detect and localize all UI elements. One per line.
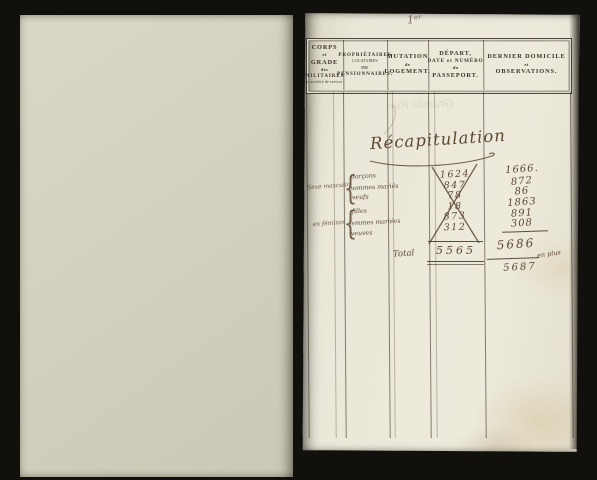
header-line: des: [321, 68, 328, 73]
header-line: MUTATION: [387, 54, 429, 60]
column-header-corps-grade: CORPS et GRADE des MILITAIRES en activit…: [307, 41, 342, 89]
header-line: et: [524, 63, 528, 68]
folio-number: 1ᵉʳ: [406, 13, 422, 26]
column-header-domicile: DERNIER DOMICILE et OBSERVATIONS.: [484, 41, 569, 89]
header-line: OBSERVATIONS.: [496, 69, 558, 75]
header-line: PROPRIÉTAIRES: [338, 53, 391, 58]
header-line: DATE et NUMÉRO: [427, 59, 483, 64]
total-passeport: 5565: [431, 245, 481, 256]
row-label: veuves: [351, 230, 373, 237]
column-header-proprietaires: PROPRIÉTAIRES LOCATAIRES OU PENSIONNAIRE…: [344, 41, 386, 89]
total-rule-bottom-2: [427, 264, 484, 265]
header-line: LOGEMENT.: [384, 69, 430, 75]
figure-passeport: 312: [431, 222, 479, 233]
header-line: DÉPART,: [439, 51, 472, 57]
row-label: veufs: [352, 195, 369, 202]
header-line: OU: [361, 66, 369, 71]
total-rule-top: [428, 241, 483, 242]
header-line: DERNIER DOMICILE: [487, 54, 565, 60]
header-line: et: [322, 53, 326, 58]
header-line: GRADE: [311, 60, 338, 66]
header-line: en activité de service.: [305, 81, 343, 85]
left-blank-page: [20, 15, 293, 477]
figure-passeport: 78: [431, 189, 479, 201]
header-line: LOCATAIRES: [352, 60, 377, 64]
header-line: CORPS: [312, 45, 338, 51]
header-line: de: [405, 63, 410, 68]
scanned-register-spread: 1ᵉʳ Grande Rue CORPS et GRADE des MILITA…: [0, 0, 597, 480]
row-label: filles: [352, 209, 367, 216]
header-line: du: [453, 66, 459, 71]
total-rule-bottom: [427, 261, 484, 262]
total-label: Total: [393, 249, 415, 259]
column-header-depart: DÉPART, DATE et NUMÉRO du PASSEPORT.: [429, 41, 482, 89]
column-header-mutation: MUTATION de LOGEMENT.: [388, 41, 427, 89]
header-line: PASSEPORT.: [432, 73, 479, 79]
